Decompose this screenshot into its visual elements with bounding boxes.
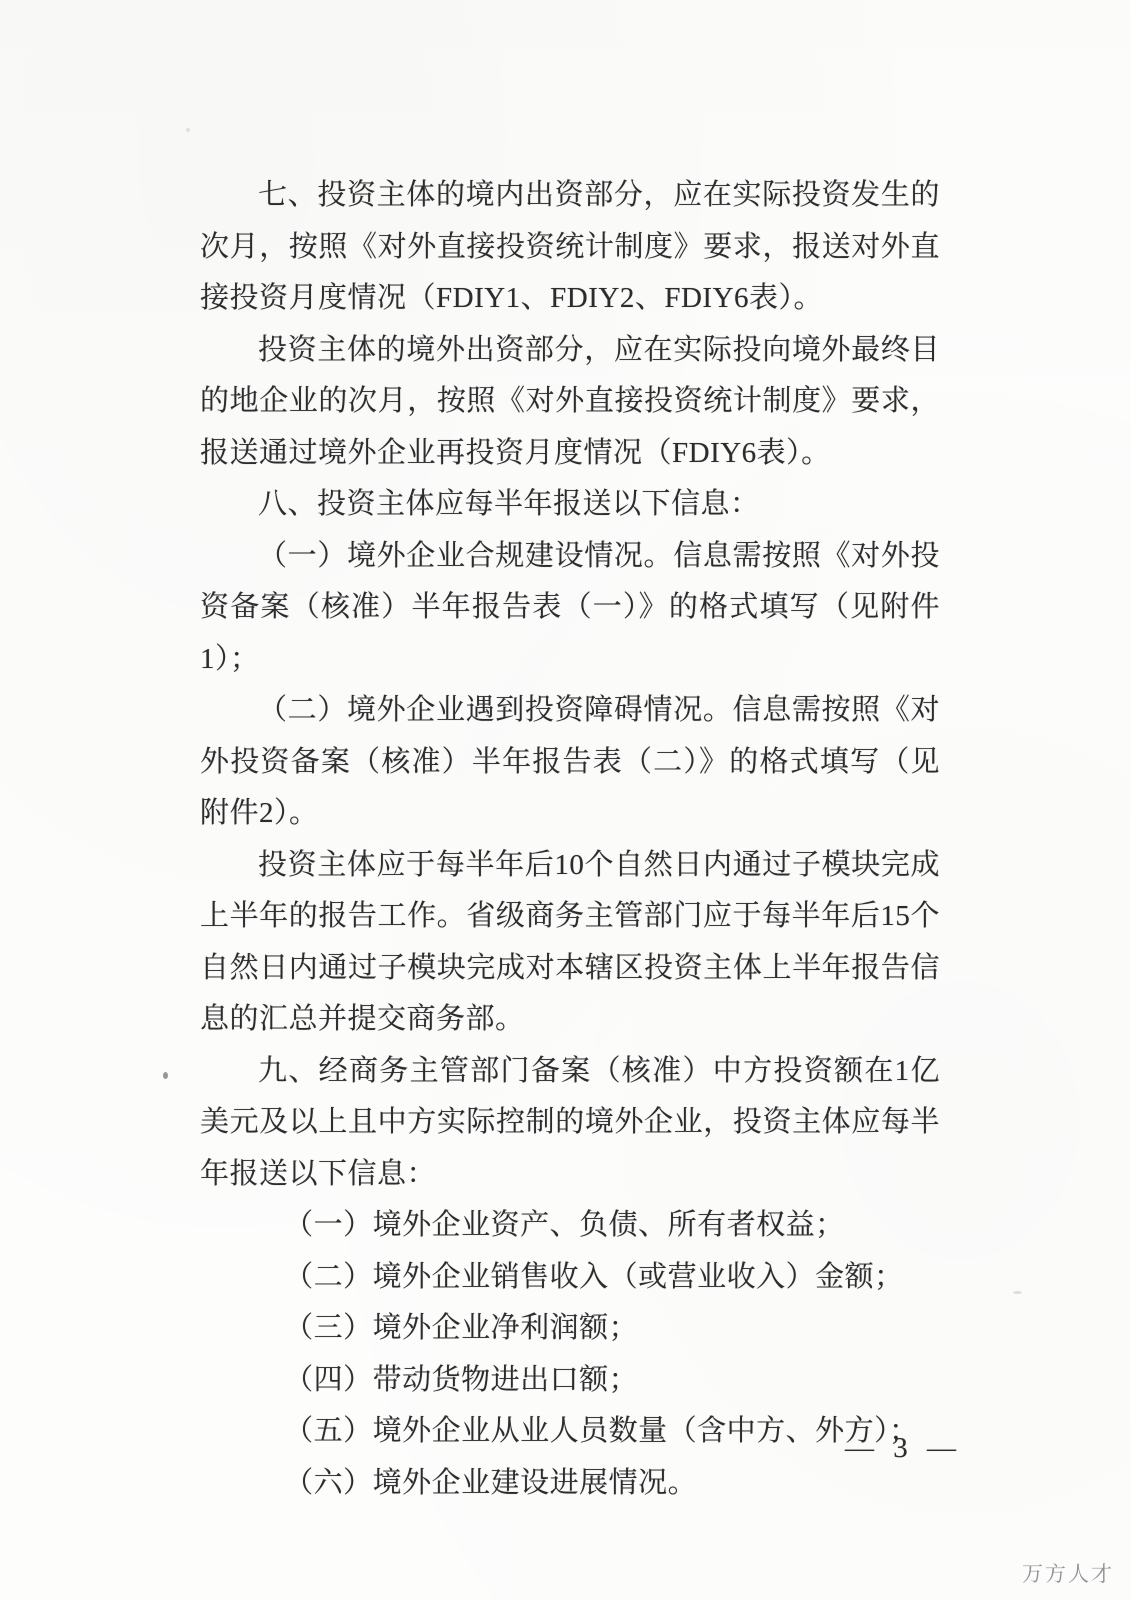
page-number: — 3 —: [845, 1432, 985, 1465]
paragraph-nine-item-3: （三）境外企业净利润额；: [200, 1303, 940, 1355]
paragraph-nine-item-5: （五）境外企业从业人员数量（含中方、外方）；: [200, 1406, 940, 1458]
paragraph-eight-item-2: （二）境外企业遇到投资障碍情况。信息需按照《对外投资备案（核准）半年报告表（二）…: [200, 685, 940, 840]
paragraph-nine-item-2: （二）境外企业销售收入（或营业收入）金额；: [200, 1252, 940, 1304]
paragraph-nine-item-1: （一）境外企业资产、负债、所有者权益；: [200, 1200, 940, 1252]
paragraph-eight-item-1: （一）境外企业合规建设情况。信息需按照《对外投资备案（核准）半年报告表（一）》的…: [200, 531, 940, 686]
paragraph-eight: 八、投资主体应每半年报送以下信息：: [200, 479, 940, 531]
document-body: 七、投资主体的境内出资部分，应在实际投资发生的次月，按照《对外直接投资统计制度》…: [200, 170, 940, 1509]
watermark-wanfang: 万方人才: [1022, 1558, 1114, 1588]
scan-speck: [186, 128, 190, 132]
paragraph-reporting: 投资主体应于每半年后10个自然日内通过子模块完成上半年的报告工作。省级商务主管部…: [200, 840, 940, 1046]
scanned-document-page: { "document": { "paragraphs": [ { "text"…: [0, 0, 1130, 1600]
paragraph-nine-item-4: （四）带动货物进出口额；: [200, 1355, 940, 1407]
scan-speck: [1013, 1291, 1022, 1294]
paragraph-nine-item-6: （六）境外企业建设进展情况。: [200, 1458, 940, 1510]
paragraph-nine: 九、经商务主管部门备案（核准）中方投资额在1亿美元及以上且中方实际控制的境外企业…: [200, 1046, 940, 1201]
scan-speck: [163, 1072, 168, 1079]
paragraph-seven: 七、投资主体的境内出资部分，应在实际投资发生的次月，按照《对外直接投资统计制度》…: [200, 170, 940, 325]
paragraph-seven-cont: 投资主体的境外出资部分，应在实际投向境外最终目的地企业的次月，按照《对外直接投资…: [200, 325, 940, 480]
